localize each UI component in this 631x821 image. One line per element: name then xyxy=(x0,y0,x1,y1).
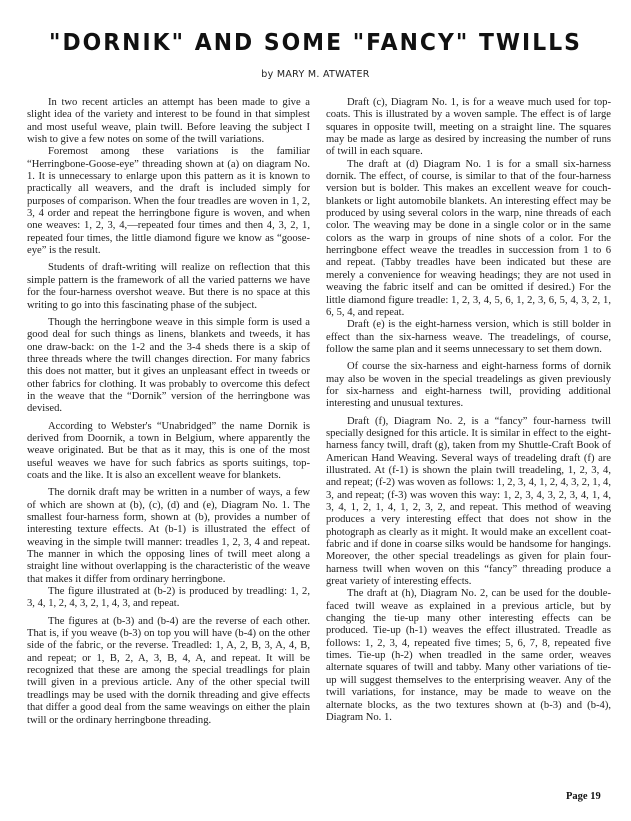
paragraph: The figures at (b-3) and (b-4) are the r… xyxy=(27,616,310,727)
paragraph: Draft (f), Diagram No. 2, is a “fancy” f… xyxy=(326,416,611,589)
paragraph: Students of draft-writing will realize o… xyxy=(27,262,310,311)
right-column: Draft (c), Diagram No. 1, is for a weave… xyxy=(326,97,611,724)
paragraph: The figure illustrated at (b-2) is produ… xyxy=(27,586,310,611)
paragraph: The draft at (h), Diagram No. 2, can be … xyxy=(326,588,611,724)
left-column: In two recent articles an attempt has be… xyxy=(27,97,310,727)
article-title: "DORNIK" AND SOME "FANCY" TWILLS xyxy=(22,28,609,56)
paragraph: The draft at (d) Diagram No. 1 is for a … xyxy=(326,159,611,319)
paragraph: The dornik draft may be written in a num… xyxy=(27,487,310,586)
paragraph: Of course the six-harness and eight-harn… xyxy=(326,361,611,410)
paragraph: Draft (e) is the eight-harness version, … xyxy=(326,319,611,356)
paragraph: Draft (c), Diagram No. 1, is for a weave… xyxy=(326,97,611,159)
paragraph: Foremost among these variations is the f… xyxy=(27,146,310,257)
paragraph: In two recent articles an attempt has be… xyxy=(27,97,310,146)
page-number: Page 19 xyxy=(566,791,601,802)
article-byline: by MARY M. ATWATER xyxy=(0,69,631,80)
paragraph: Though the herringbone weave in this sim… xyxy=(27,317,310,416)
paragraph: According to Webster's “Unabridged” the … xyxy=(27,421,310,483)
